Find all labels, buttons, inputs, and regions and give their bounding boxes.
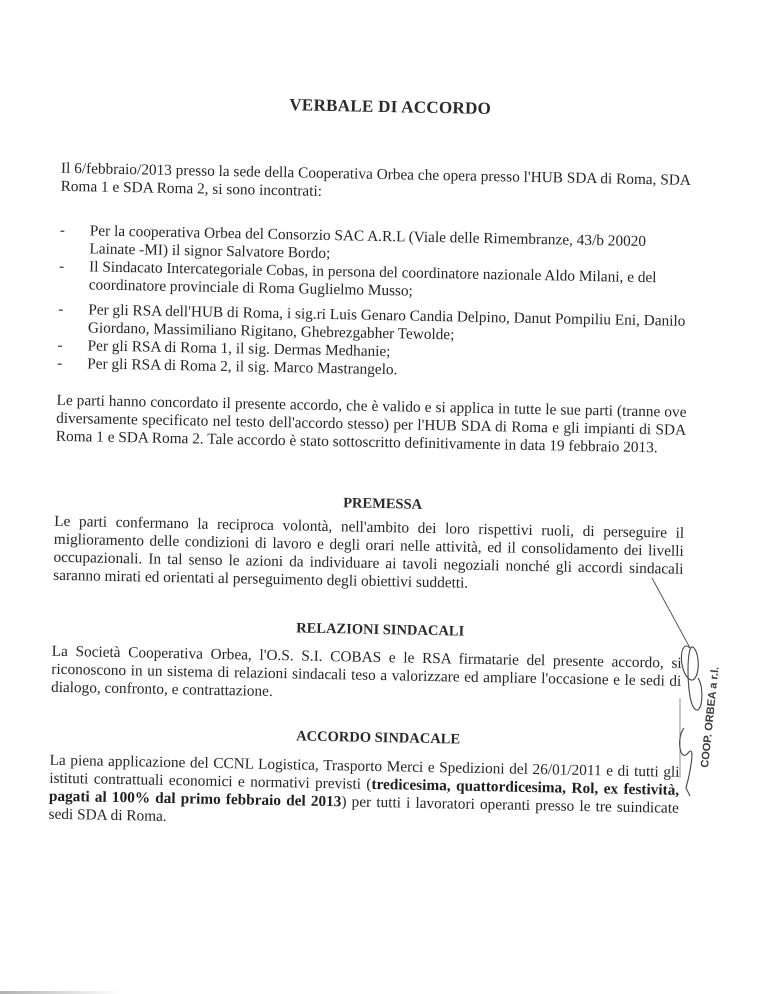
dash-bullet: -: [59, 222, 90, 259]
intro-paragraph: Il 6/febbraio/2013 presso la sede della …: [60, 160, 691, 208]
dash-bullet: -: [57, 337, 87, 356]
parties-list-2: - Per gli RSA dell'HUB di Roma, i sig.ri…: [57, 301, 692, 385]
premessa-paragraph: Le parti confermano la reciproca volontà…: [53, 513, 684, 597]
signature-stamp: COOP. ORBEA a r.l.: [650, 578, 750, 798]
signature-icon: COOP. ORBEA a r.l.: [650, 578, 750, 798]
document-page: VERBALE DI ACCORDO Il 6/febbraio/2013 pr…: [0, 0, 768, 994]
agreement-scope-paragraph: Le parti hanno concordato il presente ac…: [56, 392, 687, 458]
accordo-paragraph: La piena applicazione del CCNL Logistica…: [48, 752, 679, 836]
dash-bullet: -: [57, 355, 87, 374]
relazioni-paragraph: La Società Cooperativa Orbea, l'O.S. S.I…: [51, 643, 682, 709]
dash-bullet: -: [59, 258, 90, 295]
dash-bullet: -: [58, 301, 89, 338]
document-title: VERBALE DI ACCORDO: [0, 90, 768, 125]
stamp-text: COOP. ORBEA a r.l.: [699, 666, 722, 768]
parties-list-1: - Per la cooperativa Orbea del Consorzio…: [59, 222, 694, 306]
